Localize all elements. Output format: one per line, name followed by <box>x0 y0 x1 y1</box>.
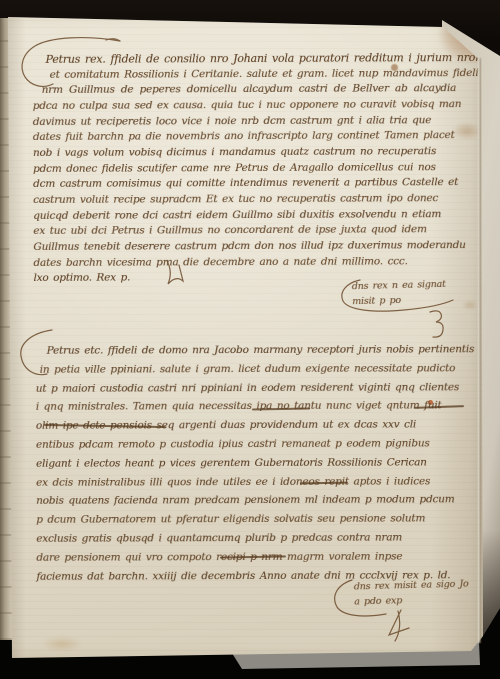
manuscript-line: dcm castrum comisimus qui comitte intend… <box>33 175 473 193</box>
manuscript-line: quicqd deberit rone dci castri eidem Gui… <box>33 207 473 225</box>
manuscript-photo: Petrus rex. ffideli de consilio nro Joha… <box>0 0 500 679</box>
manuscript-line: pdca no culpa sua sed ex causa. quia tuc… <box>33 97 473 115</box>
page-fold-line <box>478 58 481 643</box>
marginal-note-line: dns rex misit ea sigo Jo <box>354 578 469 595</box>
manuscript-line: nrm Guillmus de peperes domicellu alcayd… <box>33 81 473 99</box>
manuscript-line: pdcm donec fidelis scutifer came nre Pet… <box>33 160 473 178</box>
stain <box>462 300 478 310</box>
manuscript-line: nob i vags volum vobisq dicimus i mandam… <box>33 144 473 162</box>
manuscript-line: dates barchn vicesima pma die decembre a… <box>33 254 473 272</box>
manuscript-line: castrum voluit recipe supradcm Et ex tuc… <box>33 191 473 209</box>
marginal-note-line: misit p po <box>352 292 446 309</box>
marginal-note-2-paraph <box>389 610 409 641</box>
manuscript-line: ex tuc ubi dci Petrus i Guillmus no conc… <box>33 222 473 240</box>
manuscript-line: Petrus rex. ffideli de consilio nro Joha… <box>32 50 472 68</box>
manuscript-line: in petia ville ppiniani. salute i gram. … <box>36 359 474 379</box>
marginal-note-1: dns rex n ea signat misit p po <box>352 278 447 309</box>
stain <box>42 636 82 652</box>
manuscript-line: dates fuit barchn pa die novembris ano i… <box>33 128 473 146</box>
manuscript-line: entibus pdcam remoto p custodia ipius ca… <box>36 434 474 454</box>
manuscript-line: nobis quatens facienda nram predcam pens… <box>36 491 474 511</box>
manuscript-line: ut p maiori custodia castri nri ppiniani… <box>36 378 474 398</box>
manuscript-line: p dcum Gubernatorem ut pferatur eligendi… <box>36 509 474 529</box>
entry-1-opening-flourish <box>106 39 120 41</box>
marginal-note-line: dns rex n ea signat <box>352 278 446 295</box>
marginal-note-2: dns rex misit ea sigo Jo a pdo exp <box>354 578 469 610</box>
manuscript-page: Petrus rex. ffideli de consilio nro Joha… <box>0 0 500 679</box>
marginal-note-line: a pdo exp <box>354 592 469 609</box>
manuscript-line: exclusis gratis qbusqd i quantamcumq plu… <box>36 528 474 548</box>
manuscript-line: et comitatum Rossilionis i Ceritanie. sa… <box>33 66 473 84</box>
manuscript-line: Guillmus tenebit deserere castrum pdcm d… <box>33 238 473 256</box>
marginal-note-1-paraph <box>430 311 443 337</box>
manuscript-line: eligant i electos heant p vices gerentem… <box>36 453 474 473</box>
manuscript-line: davimus ut reciperetis loco vice i noie … <box>33 113 473 131</box>
manuscript-line: ex dcis ministralibus illi quos inde uti… <box>36 472 474 492</box>
manuscript-line: i qnq ministrales. Tamen quia necessitas… <box>36 397 474 417</box>
manuscript-line: Petrus etc. ffideli de domo nra Jacobo m… <box>36 340 474 360</box>
entry-2-text: Petrus etc. ffideli de domo nra Jacobo m… <box>36 340 475 586</box>
entry-1-text: Petrus rex. ffideli de consilio nro Joha… <box>32 50 473 287</box>
